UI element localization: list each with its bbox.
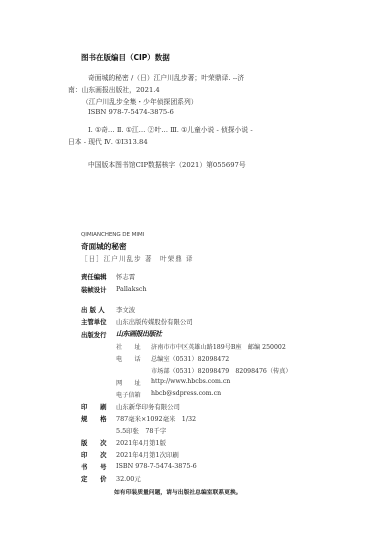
phone-value-editorial: 总编室（0531）82098472 xyxy=(151,354,229,363)
credit-label-editor: 责任编辑 xyxy=(81,272,107,281)
quality-notice: 如有印装质量问题，请与出版社总编室联系更换。 xyxy=(114,487,242,496)
price-label: 定 价 xyxy=(81,474,107,483)
supervisor-value: 山东出版传媒股份有限公司 xyxy=(116,317,193,326)
cip-isbn: ISBN 978-7-5474-3875-6 xyxy=(88,108,174,116)
isbn-label: 书 号 xyxy=(81,462,107,471)
supervisor-label: 主管单位 xyxy=(81,317,107,326)
credit-value-editor: 怀志霄 xyxy=(116,272,135,281)
cip-line: （江户川乱步全集・少年侦探团系列） xyxy=(82,96,198,106)
sheets-value: 5.5印张 78千字 xyxy=(116,426,166,435)
edition-value: 2021年4月第1版 xyxy=(116,438,166,447)
printer-value: 山东新华印务有限公司 xyxy=(116,402,180,411)
cip-heading: 图书在版编目（CIP）数据 xyxy=(81,52,170,63)
book-pinyin: QIMIANCHENG DE MIMI xyxy=(81,232,144,238)
format-label: 规 格 xyxy=(81,414,107,423)
isbn-value: ISBN 978-7-5474-3875-6 xyxy=(116,462,197,470)
credit-value-design: Pallaksch xyxy=(116,285,147,293)
address-value: 济南市市中区英雄山路189号B座 邮编 250002 xyxy=(151,342,286,351)
website-link[interactable]: http://www.hbcbs.com.cn xyxy=(151,378,230,385)
cip-record-number: 中国版本图书馆CIP数据核字（2021）第055697号 xyxy=(88,159,246,169)
cip-line: 奇面城的秘密 /（日）江户川乱步著；叶荣鼎译. --济 xyxy=(88,72,244,82)
price-value: 32.00元 xyxy=(116,474,141,483)
phone-label: 电 话 xyxy=(116,354,141,363)
issuer-label: 出版发行 xyxy=(81,330,107,339)
printing-value: 2021年4月第1次印刷 xyxy=(116,450,179,459)
publisher-label: 出 版 人 xyxy=(81,305,105,314)
publisher-logo: 山东画报出版社 xyxy=(116,329,162,339)
cip-classification: Ⅰ. ①奇… Ⅱ. ①江… ②叶… Ⅲ. ①儿童小说 - 侦探小说 - xyxy=(88,124,253,134)
website-label: 网 址 xyxy=(116,378,141,387)
cip-line: 南：山东画报出版社，2021.4 xyxy=(68,84,160,94)
email-link[interactable]: hbcb@sdpress.com.cn xyxy=(151,390,221,397)
email-label: 电子信箱 xyxy=(116,390,141,399)
cip-classification-cont: 日本 - 现代 Ⅳ. ①I313.84 xyxy=(68,136,148,146)
credit-label-design: 装帧设计 xyxy=(81,285,107,294)
publisher-value: 李文波 xyxy=(116,305,135,314)
address-label: 社 址 xyxy=(116,342,141,351)
book-title: 奇面城的秘密 xyxy=(81,241,127,252)
edition-label: 版 次 xyxy=(81,438,107,447)
printing-label: 印 次 xyxy=(81,450,107,459)
printer-label: 印 刷 xyxy=(81,402,107,411)
phone-value-market: 市场部（0531）82098479 82098476（传真） xyxy=(151,366,292,375)
book-author: ［日］江户川乱步 著 叶荣鼎 译 xyxy=(81,253,194,263)
format-value: 787毫米×1092毫米 1/32 xyxy=(116,414,196,423)
